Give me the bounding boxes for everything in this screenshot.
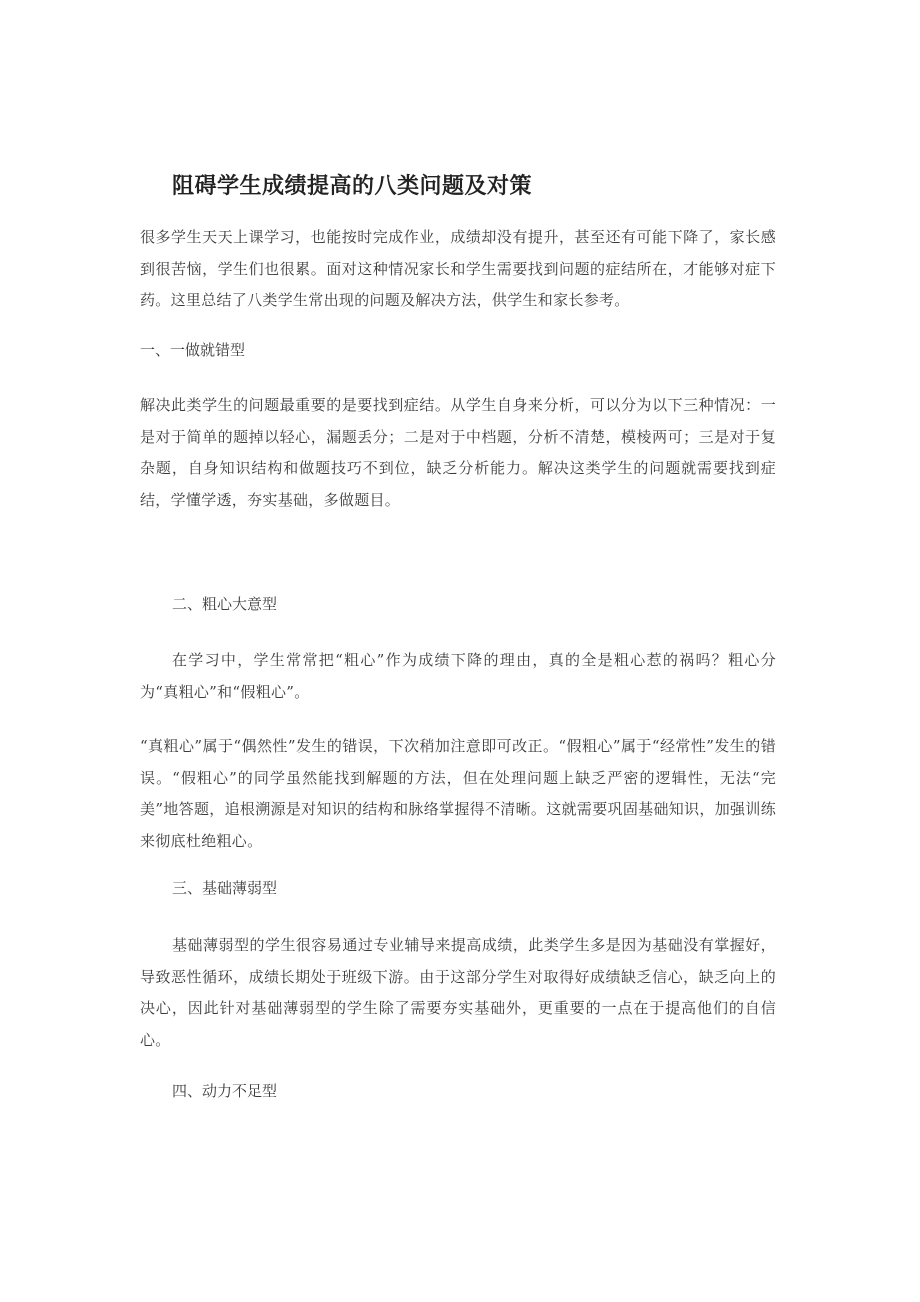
section-heading-2: 二、粗心大意型 [172,594,277,614]
section-heading-1: 一、一做就错型 [140,340,245,360]
section-heading-3: 三、基础薄弱型 [172,878,277,898]
section-1-paragraph: 解决此类学生的问题最重要的是要找到症结。从学生自身来分析，可以分为以下三种情况：… [140,390,776,516]
document-title: 阻碍学生成绩提高的八类问题及对策 [172,169,532,200]
section-2-paragraph-1: 在学习中，学生常常把“粗心”作为成绩下降的理由，真的全是粗心惹的祸吗？粗心分为“… [140,645,776,708]
intro-paragraph: 很多学生天天上课学习，也能按时完成作业，成绩却没有提升，甚至还有可能下降了，家长… [140,222,776,317]
section-3-paragraph: 基础薄弱型的学生很容易通过专业辅导来提高成绩，此类学生多是因为基础没有掌握好，导… [140,930,776,1056]
section-2-paragraph-2: “真粗心”属于“偶然性”发生的错误，下次稍加注意即可改正。“假粗心”属于“经常性… [140,731,776,857]
section-heading-4: 四、动力不足型 [172,1081,277,1101]
